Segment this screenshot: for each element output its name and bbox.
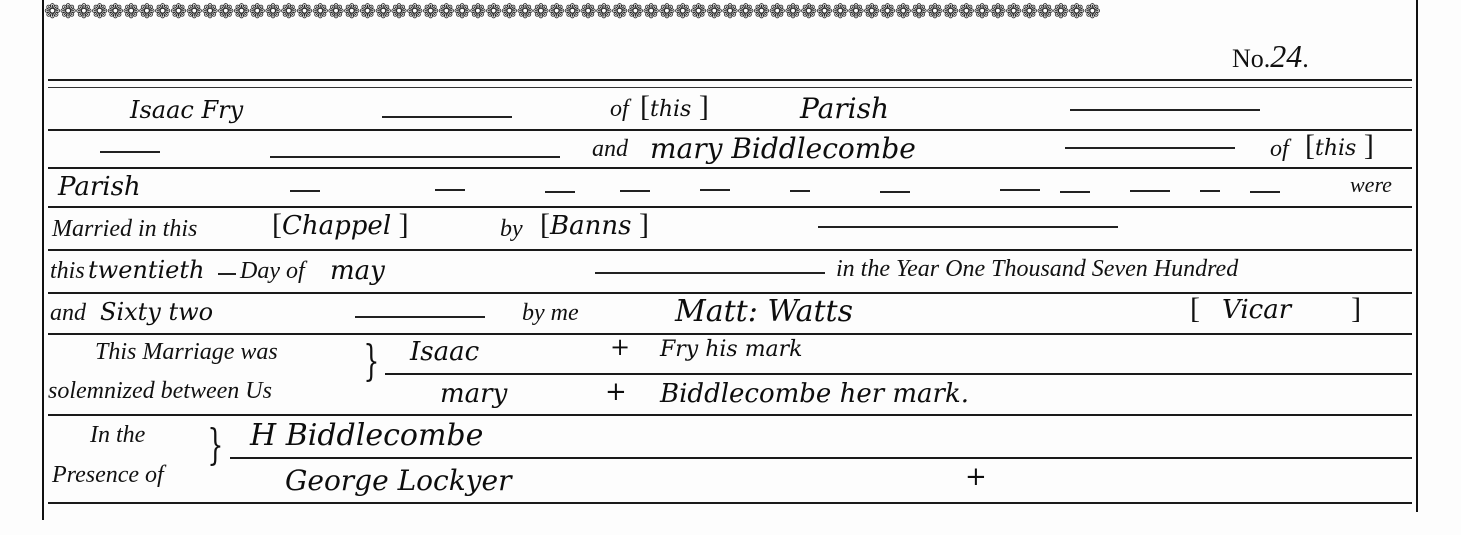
married-in-label: Married in this (52, 216, 197, 243)
right-border (1416, 0, 1418, 512)
rule-line (385, 373, 1412, 375)
filler-dash (880, 191, 910, 193)
filler-dash (620, 190, 650, 192)
were-label: were (1350, 172, 1392, 198)
filler-dash (218, 273, 236, 275)
year-suffix: Sixty two (100, 298, 213, 326)
filler-dash (1250, 191, 1280, 193)
of-label-2: of (1270, 136, 1289, 163)
presence-label-2: Presence of (52, 462, 164, 489)
party2-first: mary (440, 379, 507, 409)
rule-line (48, 206, 1412, 208)
filler-dash (100, 151, 160, 153)
rule-line (48, 249, 1412, 251)
filler-dash (818, 226, 1118, 228)
this-label: this (50, 258, 85, 285)
by-label: by (500, 216, 523, 243)
filler-dash (595, 272, 825, 274)
of-label: of (610, 96, 629, 123)
brace-icon: } (207, 420, 223, 469)
filler-dash (1060, 191, 1090, 193)
filler-dash (1070, 109, 1260, 111)
and-label: and (592, 136, 628, 163)
filler-dash (700, 189, 730, 191)
groom-parish: Parish (800, 92, 889, 125)
entry-number: No.24. (1232, 38, 1309, 75)
month-value: may (330, 256, 385, 286)
rule-line (48, 414, 1412, 416)
filler-dash (545, 191, 575, 193)
day-of-label: Day of (240, 258, 305, 285)
groom-parish-bracket: [this ] (640, 90, 709, 124)
brace-icon: } (363, 336, 379, 385)
day-value: twentieth (88, 256, 204, 284)
ornamental-border: ❁❁❁❁❁❁❁❁❁❁❁❁❁❁❁❁❁❁❁❁❁❁❁❁❁❁❁❁❁❁❁❁❁❁❁❁❁❁❁❁… (44, 0, 1416, 24)
bride-name: mary Biddlecombe (650, 132, 916, 165)
filler-dash (1200, 190, 1220, 192)
by-me-label: by me (522, 300, 579, 327)
party1-mark: + (610, 333, 630, 361)
rule-line (48, 167, 1412, 169)
officiant-name: Matt: Watts (675, 294, 853, 329)
entry-number-label: No. (1232, 44, 1270, 73)
filler-dash (270, 156, 560, 158)
filler-dash (790, 190, 810, 192)
rule-line (48, 79, 1412, 81)
bride-parish: Parish (58, 172, 141, 202)
and-label-2: and (50, 300, 86, 327)
rule-line (48, 333, 1412, 335)
solemnized-label-2: solemnized between Us (48, 378, 272, 405)
witness-2: George Lockyer (285, 464, 511, 497)
party2-rest: Biddlecombe her mark. (660, 379, 969, 409)
officiant-title-field: [Vicar] (1190, 292, 1361, 326)
solemnized-label-1: This Marriage was (95, 339, 278, 366)
witness-2-mark: + (965, 462, 987, 492)
party1-first: Isaac (410, 337, 479, 367)
rule-line (48, 502, 1412, 504)
method-field: [Banns ] (540, 208, 649, 242)
rule-line (230, 457, 1412, 459)
presence-label-1: In the (90, 422, 145, 449)
groom-name: Isaac Fry (130, 96, 243, 124)
filler-dash (355, 316, 485, 318)
year-text: in the Year One Thousand Seven Hundred (836, 256, 1238, 283)
left-border (42, 0, 44, 520)
party2-mark: + (605, 377, 627, 407)
filler-dash (290, 190, 320, 192)
witness-1: H Biddlecombe (250, 418, 483, 453)
rule-line (48, 129, 1412, 131)
filler-dash (435, 189, 465, 191)
rule-line (48, 87, 1412, 88)
place-field: [Chappel ] (272, 208, 409, 242)
entry-number-value: 24 (1270, 38, 1302, 74)
filler-dash (382, 116, 512, 118)
filler-dash (1130, 190, 1170, 192)
party1-rest: Fry his mark (660, 337, 803, 362)
filler-dash (1000, 189, 1040, 191)
entry-number-suffix: . (1302, 44, 1309, 73)
filler-dash (1065, 147, 1235, 149)
register-page: ❁❁❁❁❁❁❁❁❁❁❁❁❁❁❁❁❁❁❁❁❁❁❁❁❁❁❁❁❁❁❁❁❁❁❁❁❁❁❁❁… (0, 0, 1461, 535)
bride-parish-bracket: [this ] (1305, 129, 1374, 163)
